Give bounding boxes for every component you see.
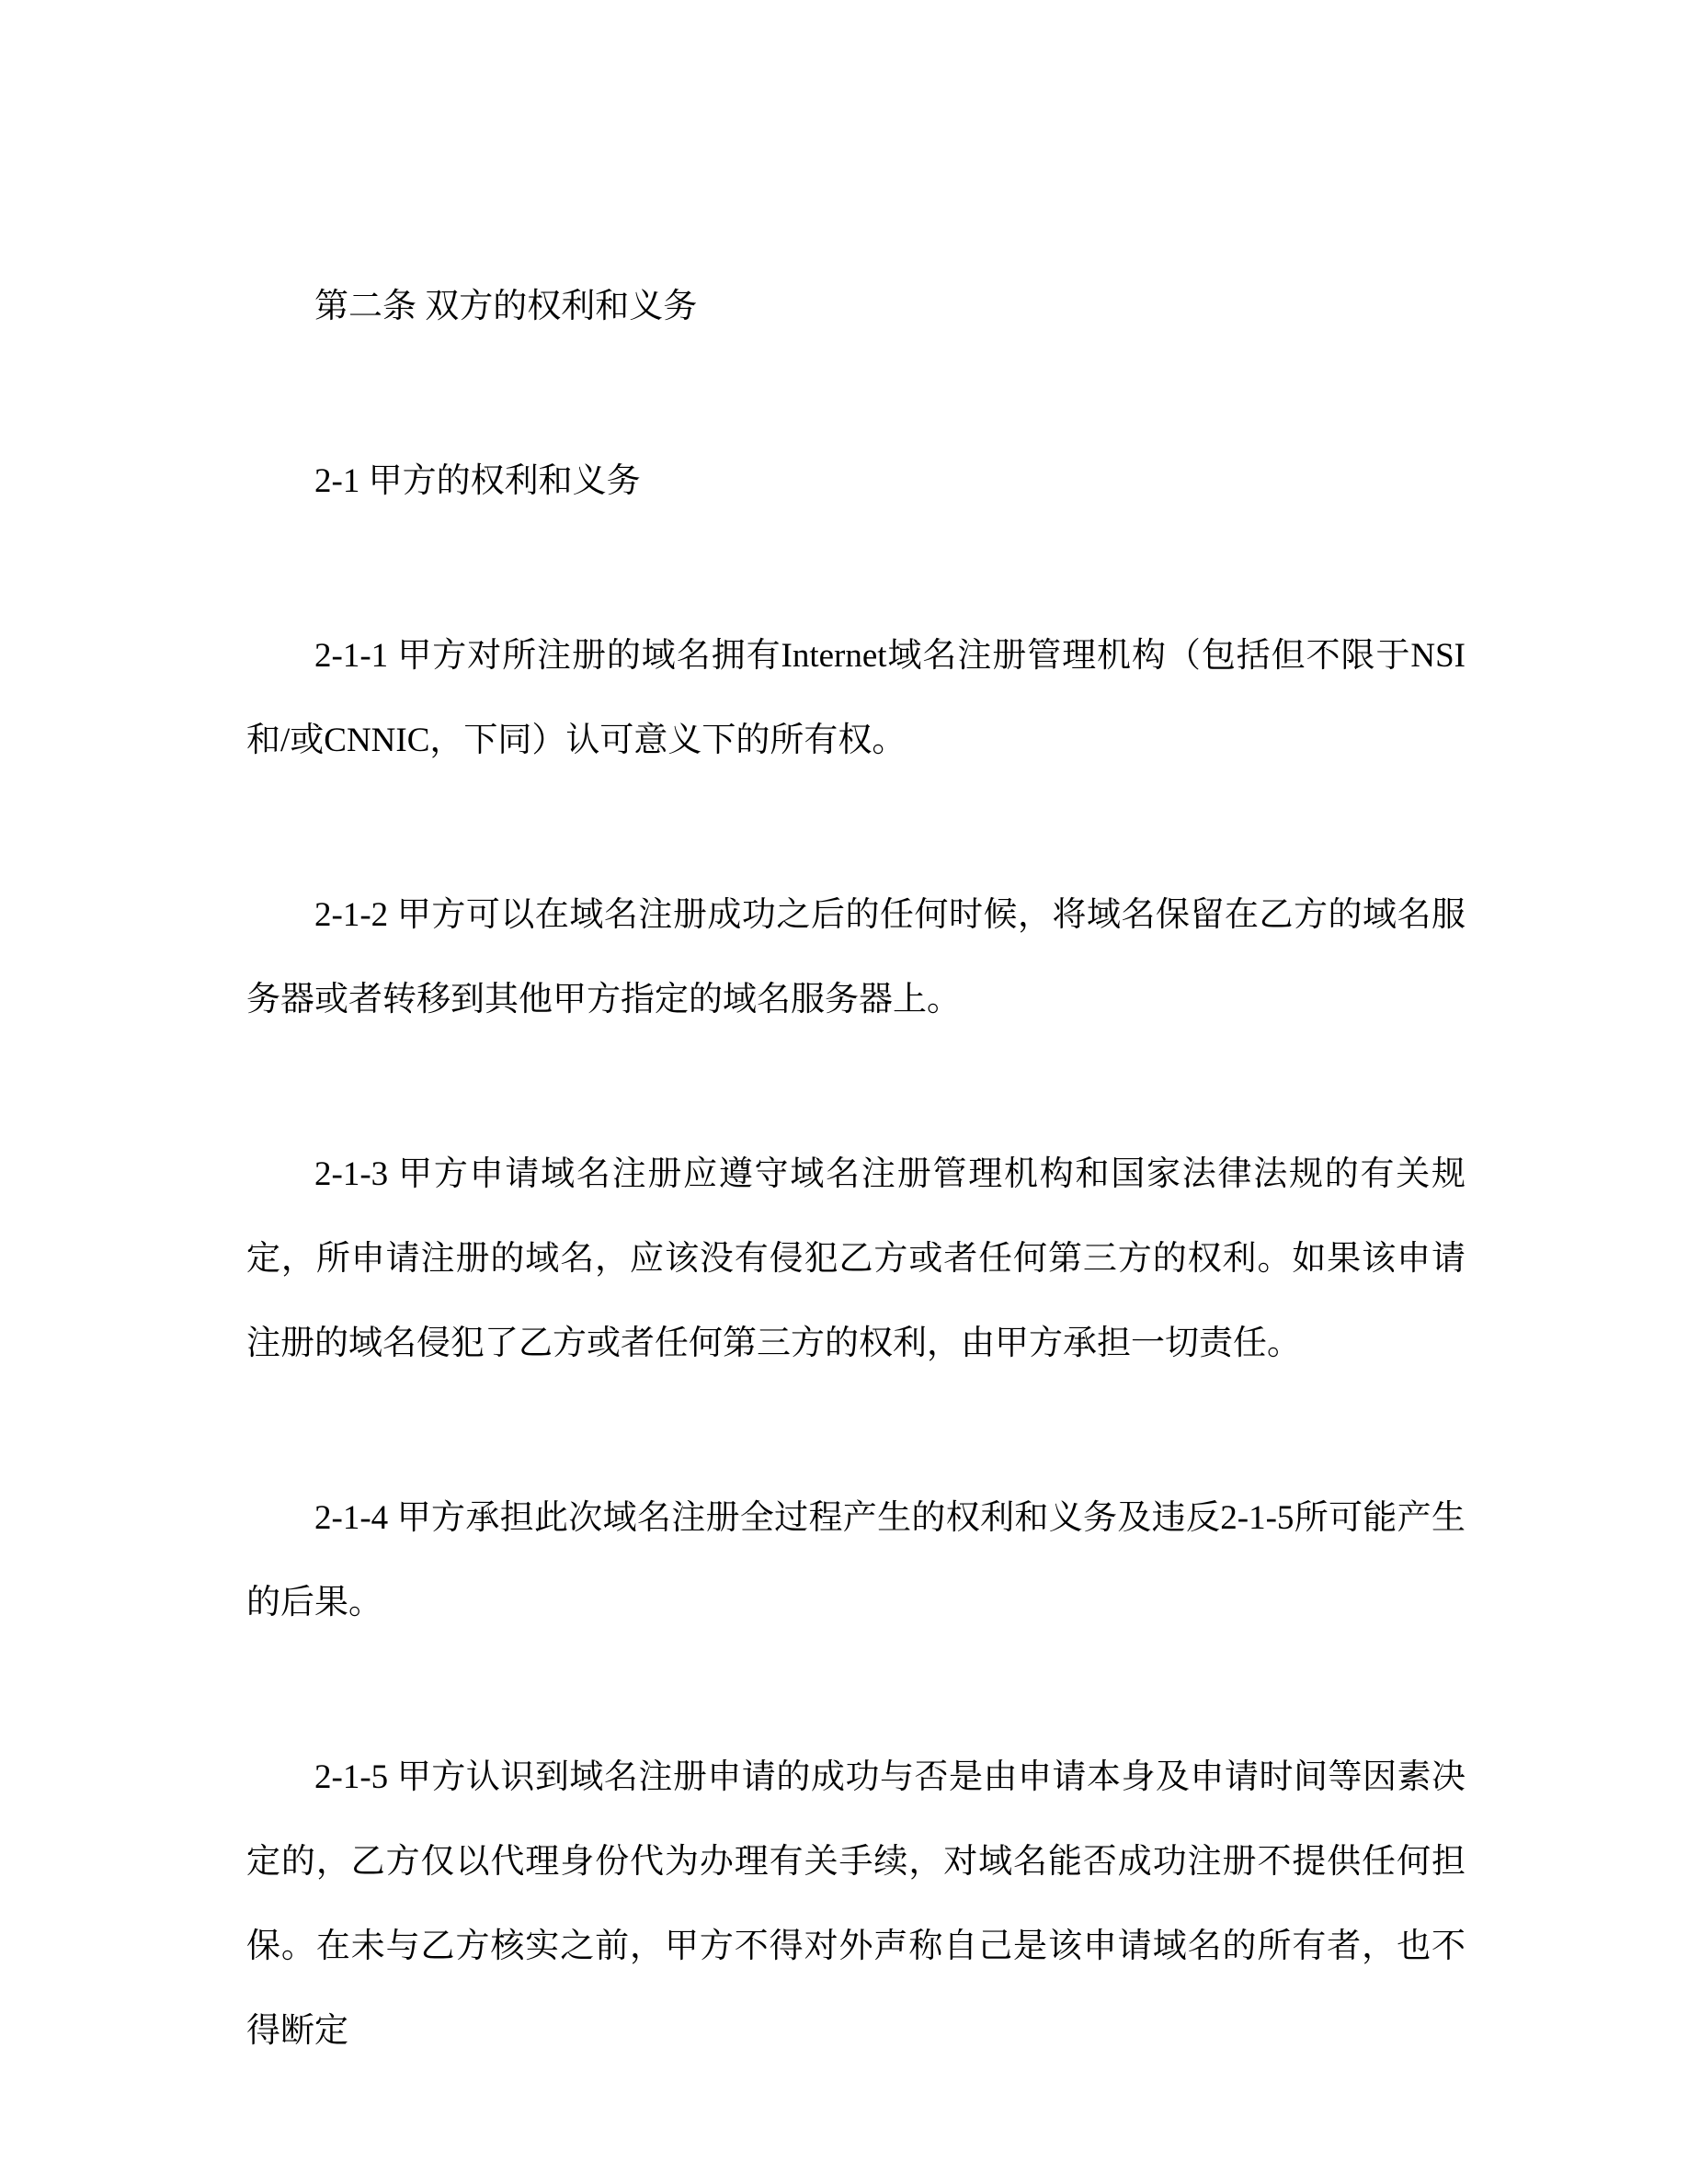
- clause-2-1-heading: 2-1 甲方的权利和义务: [246, 439, 1466, 524]
- document-content: 第二条 双方的权利和义务 2-1 甲方的权利和义务 2-1-1 甲方对所注册的域…: [246, 265, 1466, 2074]
- clause-2-1-5: 2-1-5 甲方认识到域名注册申请的成功与否是由申请本身及申请时间等因素决定的，…: [246, 1735, 1466, 2074]
- clause-2-1-2: 2-1-2 甲方可以在域名注册成功之后的任何时候，将域名保留在乙方的域名服务器或…: [246, 873, 1466, 1042]
- article-2-heading: 第二条 双方的权利和义务: [246, 265, 1466, 349]
- clause-2-1-4: 2-1-4 甲方承担此次域名注册全过程产生的权利和义务及违反2-1-5所可能产生…: [246, 1476, 1466, 1645]
- clause-2-1-3: 2-1-3 甲方申请域名注册应遵守域名注册管理机构和国家法律法规的有关规定，所申…: [246, 1132, 1466, 1386]
- document-page: 第二条 双方的权利和义务 2-1 甲方的权利和义务 2-1-1 甲方对所注册的域…: [0, 0, 1688, 2184]
- clause-2-1-1: 2-1-1 甲方对所注册的域名拥有Internet域名注册管理机构（包括但不限于…: [246, 614, 1466, 783]
